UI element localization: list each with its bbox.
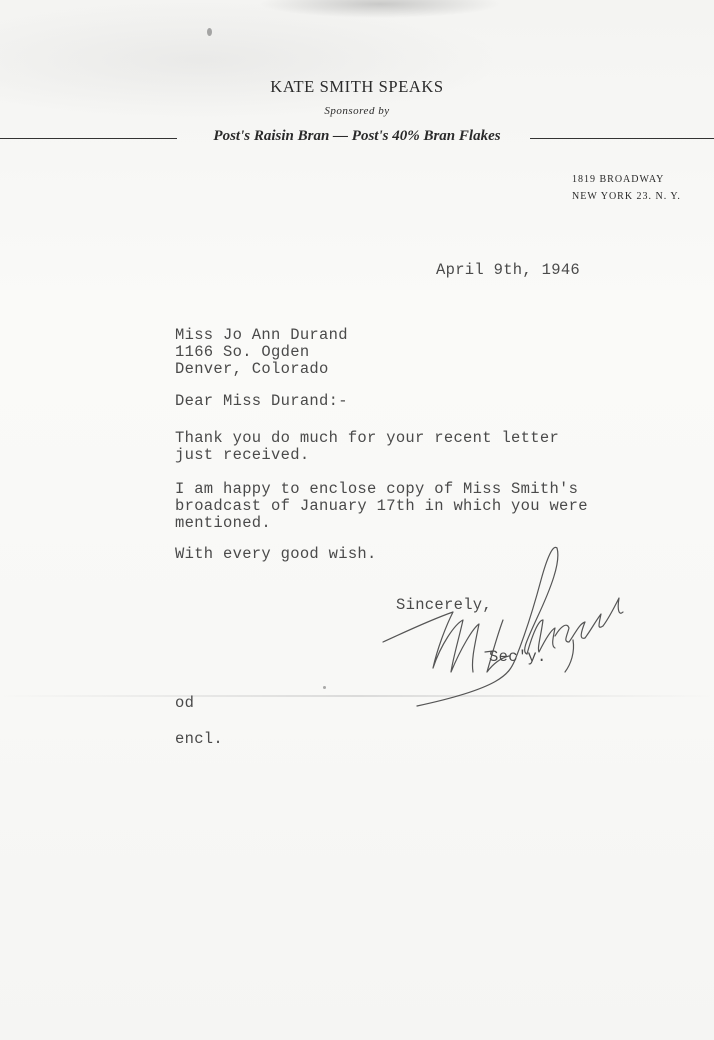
letterhead-title: KATE SMITH SPEAKS <box>0 77 714 97</box>
enclosure-notation: encl. <box>175 730 223 748</box>
recipient-street: 1166 So. Ogden <box>175 343 309 361</box>
letterhead-products: Post's Raisin Bran — Post's 40% Bran Fla… <box>0 128 714 145</box>
paper-blemish <box>323 686 326 689</box>
paper-blemish <box>207 28 212 36</box>
signer-title: Sec'y. <box>489 648 547 666</box>
letterhead-address-city: NEW YORK 23. N. Y. <box>572 191 681 202</box>
body-line: Thank you do much for your recent letter <box>175 429 559 447</box>
body-line: mentioned. <box>175 514 271 532</box>
recipient-name: Miss Jo Ann Durand <box>175 326 348 344</box>
recipient-city: Denver, Colorado <box>175 360 329 378</box>
salutation: Dear Miss Durand:- <box>175 392 348 410</box>
letter-page: KATE SMITH SPEAKS Sponsored by Post's Ra… <box>0 0 714 1040</box>
letterhead-sponsored-by: Sponsored by <box>0 105 714 117</box>
body-line: just received. <box>175 446 309 464</box>
body-line: I am happy to enclose copy of Miss Smith… <box>175 480 578 498</box>
body-line: With every good wish. <box>175 545 377 563</box>
handwritten-signature <box>375 540 635 710</box>
letterhead-rule-right <box>530 138 714 139</box>
letterhead-address-street: 1819 BROADWAY <box>572 174 664 185</box>
typist-initials: od <box>175 694 194 712</box>
letter-date: April 9th, 1946 <box>436 261 580 279</box>
body-line: broadcast of January 17th in which you w… <box>175 497 588 515</box>
